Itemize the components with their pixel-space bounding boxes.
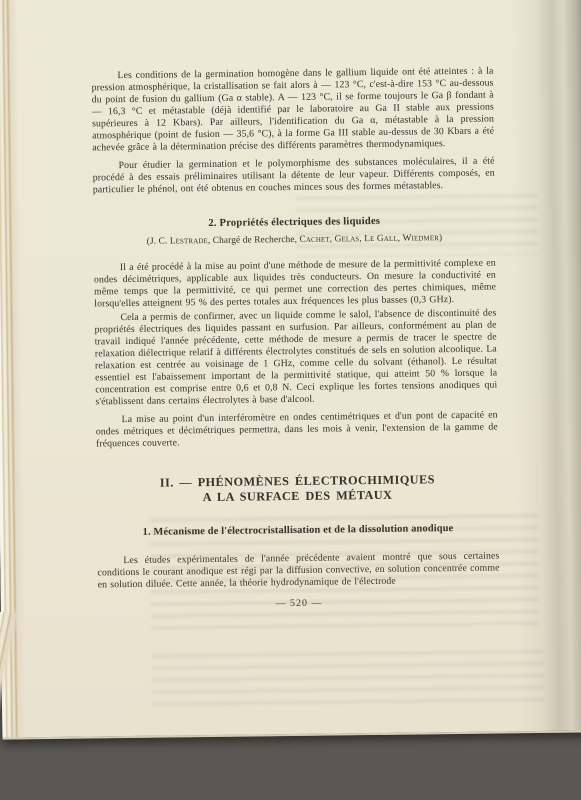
scan-background: { "colors": { "paper": "#ece6d4", "scann… xyxy=(0,0,581,800)
author-name: Gelas xyxy=(335,234,360,244)
paragraph-polymorphisme: Pour étudier la germination et le polymo… xyxy=(92,156,494,197)
authors-separator: , Chargé de Recherche, xyxy=(208,235,300,246)
author-name: Lestrade xyxy=(170,236,208,246)
author-name: Cachet xyxy=(299,235,329,245)
authors-prefix: (J. C. xyxy=(147,236,170,246)
bleed-through-text xyxy=(151,645,544,714)
page-spine-shadow xyxy=(509,0,581,731)
book-page: Les conditions de la germination homogèn… xyxy=(0,0,581,740)
paragraph-permittivite: Il a été procédé à la mise au point d'un… xyxy=(94,258,497,311)
section-heading-proprietes-electriques: 2. Propriétés électriques des liquides xyxy=(93,214,495,232)
paragraph-gallium-germination: Les conditions de la germination homogèn… xyxy=(91,66,494,155)
paragraph-salol-relaxation: Cela a permis de confirmer, avec un liqu… xyxy=(94,307,497,408)
author-name: Wiedmer xyxy=(403,233,440,243)
subsection-heading-mecanisme: 1. Mécanisme de l'électrocristallisation… xyxy=(97,521,499,539)
chapter-heading-line2: A LA SURFACE DES MÉTAUX xyxy=(203,488,393,504)
authors-suffix: ) xyxy=(439,233,442,243)
authors-line: (J. C. Lestrade, Chargé de Recherche, Ca… xyxy=(93,232,495,249)
paragraph-etudes-experimentales: Les études expérimentales de l'année pré… xyxy=(97,550,499,591)
chapter-heading-phenomenes-electrochimiques: II. — PHÉNOMÈNES ÉLECTROCHIMIQUESA LA SU… xyxy=(96,471,498,506)
author-name: Le Gall xyxy=(364,234,398,244)
chapter-heading-line1: II. — PHÉNOMÈNES ÉLECTROCHIMIQUES xyxy=(160,472,435,489)
text-column: Les conditions de la germination homogèn… xyxy=(90,0,499,612)
paragraph-interferometre: La mise au point d'un interféromètre en … xyxy=(96,409,498,450)
